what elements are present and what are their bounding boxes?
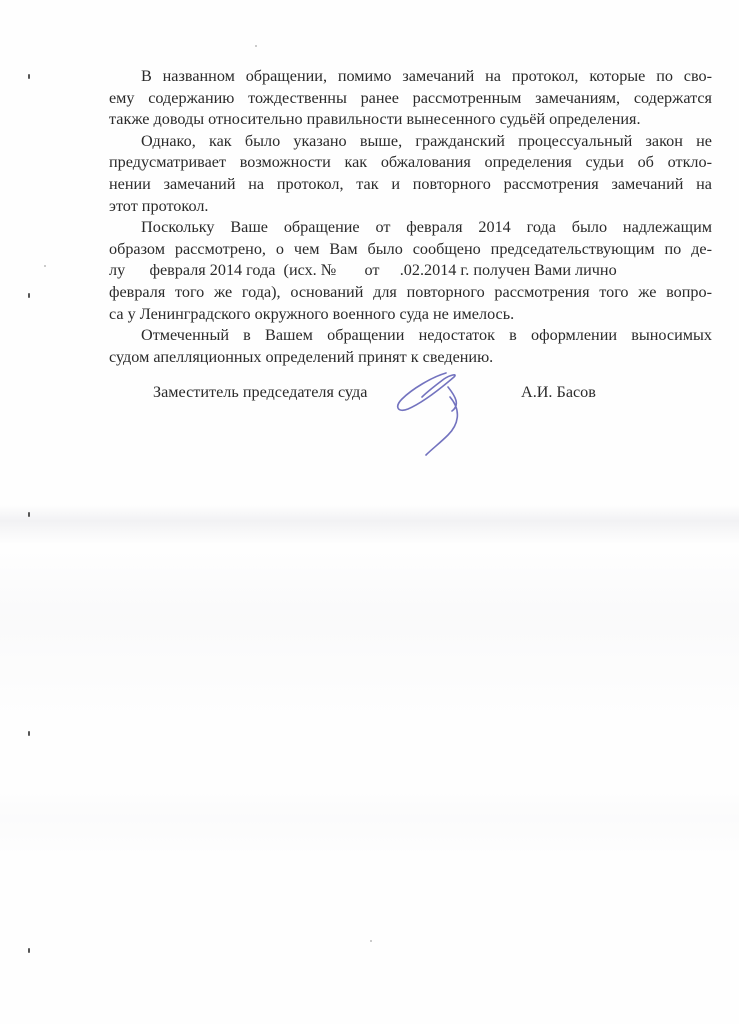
text-line: нении замечаний на протокол, так и повто… xyxy=(109,174,712,196)
scanned-page: В названном обращении, помимо замечаний … xyxy=(0,0,739,1024)
text-line: февраля того же года), оснований для пов… xyxy=(109,282,712,304)
text-line: предусматривает возможности как обжалова… xyxy=(109,152,712,174)
letter-body: В названном обращении, помимо замечаний … xyxy=(109,66,712,368)
text-line: также доводы относительно правильности в… xyxy=(109,109,712,131)
text-line: судом апелляционных определений принят к… xyxy=(109,347,712,369)
margin-mark xyxy=(28,512,30,517)
paragraph-1: В названном обращении, помимо замечаний … xyxy=(109,66,712,131)
text-line: са у Ленинградского окружного военного с… xyxy=(109,304,712,326)
paper-fold-shadow xyxy=(0,545,739,725)
margin-mark xyxy=(28,948,30,953)
text-line: Однако, как было указано выше, гражданск… xyxy=(141,131,712,153)
handwritten-signature-icon xyxy=(392,367,472,459)
scan-speck xyxy=(44,265,46,267)
paragraph-3: Поскольку Ваше обращение от февраля 2014… xyxy=(109,217,712,325)
margin-mark xyxy=(28,293,30,298)
paragraph-2: Однако, как было указано выше, гражданск… xyxy=(109,131,712,217)
signature-block: Заместитель председателя суда А.И. Басов xyxy=(0,383,739,463)
margin-mark xyxy=(28,74,30,79)
paper-fold-shadow xyxy=(0,505,739,545)
text-line: В названном обращении, помимо замечаний … xyxy=(141,66,712,88)
paper-fold-shadow xyxy=(0,790,739,860)
signatory-name: А.И. Басов xyxy=(521,383,596,402)
paragraph-4: Отмеченный в Вашем обращении недостаток … xyxy=(109,325,712,368)
text-line: лу февраля 2014 года (исх. № от .02.2014… xyxy=(109,260,712,282)
scan-speck xyxy=(370,940,372,942)
text-line: Поскольку Ваше обращение от февраля 2014… xyxy=(141,217,712,239)
text-line: ему содержанию тождественны ранее рассмо… xyxy=(109,88,712,110)
text-line: Отмеченный в Вашем обращении недостаток … xyxy=(141,325,712,347)
scan-speck xyxy=(255,45,257,47)
text-line: этот протокол. xyxy=(109,196,712,218)
signatory-title: Заместитель председателя суда xyxy=(153,383,367,402)
margin-mark xyxy=(28,731,30,736)
text-line: образом рассмотрено, о чем Вам было сооб… xyxy=(109,239,712,261)
